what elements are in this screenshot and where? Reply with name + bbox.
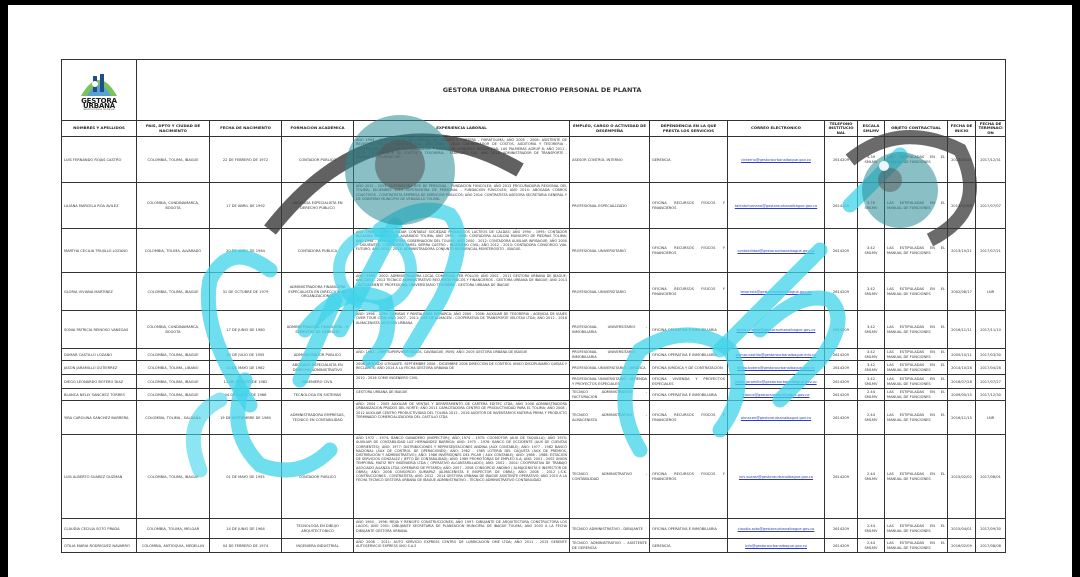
table-row: DIEGO LEONARDO BOTERO DIAZCOLOMBIA, TOLI… bbox=[62, 375, 1006, 389]
end-date-cell: 2017/07/07 bbox=[976, 183, 1006, 229]
table-row: LUIS ALBERTO SUAREZ GUZMANCOLOMBIA, TOLI… bbox=[62, 435, 1006, 519]
start-date-cell: 2014/10/28 bbox=[948, 361, 976, 375]
header-objective: OBJETO CONTRACTUAL bbox=[885, 121, 948, 137]
header-department: DEPENDENCIA EN LA QUE PRESTA LOS SERVICI… bbox=[650, 121, 728, 137]
email-cell[interactable]: talentohumano@gestoraurbanaibague.gov.co bbox=[728, 183, 825, 229]
email-cell[interactable]: blanca@gestoraurbanaibague.gov.co bbox=[728, 389, 825, 401]
person-name-cell: OTILIA MARIA RODRIGUEZ NAVARRO bbox=[62, 539, 137, 553]
contract-objective-cell: LAS ESTIPULADAS EN EL MANUAL DE FUNCIONE… bbox=[885, 229, 948, 273]
phone-cell: 2614209 bbox=[825, 361, 858, 375]
experience-cell: AÑO: 1999 - 2002: ADMINISTRADORA LOCAL C… bbox=[354, 273, 570, 311]
logo-cell: GESTORA URBANA Gestora Urbana de Ibagué bbox=[62, 60, 137, 121]
experience-cell: AÑO 1993 - 2005: AUXILIAR DE COSTOS, DE … bbox=[354, 137, 570, 183]
header-email: CORREO ELECTRONICO bbox=[728, 121, 825, 137]
salary-scale-cell: 2.44 SMLMV bbox=[858, 539, 885, 553]
scan-border-top bbox=[0, 0, 1080, 5]
person-name-cell: DIEGO LEONARDO BOTERO DIAZ bbox=[62, 375, 137, 389]
email-cell[interactable]: contabilidad@gestoraurbanaibague.gov.co bbox=[728, 229, 825, 273]
person-name-cell: JASON JARAMILLO GUTIERREZ bbox=[62, 361, 137, 375]
birthdate-cell: 04 DE MARZO DE 1966 bbox=[210, 389, 282, 401]
experience-cell: AÑO 1989 - 1994: AUXILIAR CONTABLE SOCIE… bbox=[354, 229, 570, 273]
birthplace-cell: COLOMBIA, TOLIMA, IBAGUE bbox=[137, 137, 210, 183]
birthplace-cell: COLOMBIA, TOLIMA, LIBANO bbox=[137, 361, 210, 375]
salary-scale-cell: 4.39 SMLMV bbox=[858, 137, 885, 183]
birthdate-cell: 19 DE SEPTIEMBRE DE 1980 bbox=[210, 401, 282, 435]
header-education: FORMACION ACADEMICA bbox=[282, 121, 354, 137]
position-cell: PROFESIONAL ESPECIALIZADO bbox=[570, 183, 650, 229]
end-date-cell: LNR bbox=[976, 401, 1006, 435]
person-name-cell: YIRA CAROLINA SANCHEZ BARRERA bbox=[62, 401, 137, 435]
birthdate-cell: 17 DE ABRIL DE 1992 bbox=[210, 183, 282, 229]
header-position: EMPLEO, CARGO O ACTIVIDAD DE DESEMPEÑA bbox=[570, 121, 650, 137]
start-date-cell: 2016/02/09 bbox=[948, 539, 976, 553]
position-cell: TECNICO ADMINISTRATIVO - FACTURACION bbox=[570, 389, 650, 401]
phone-cell: 2614209 bbox=[825, 183, 858, 229]
salary-scale-cell: 3.42 SMLMV bbox=[858, 361, 885, 375]
position-cell: PROFESIONAL UNIVERSITARIO - INMOBILIARIA bbox=[570, 311, 650, 349]
birthplace-cell: COLOMBIA, TOLIMA , SALDAÑA bbox=[137, 401, 210, 435]
phone-cell: 2614209 bbox=[825, 349, 858, 361]
end-date-cell: LNR bbox=[976, 273, 1006, 311]
salary-scale-cell: 2.44 SMLMV bbox=[858, 519, 885, 539]
end-date-cell: 2017/12/30 bbox=[976, 389, 1006, 401]
experience-cell: AÑO 2012 - 2013: SUPERVISORA JEFE DE PER… bbox=[354, 183, 570, 229]
salary-scale-cell: 2.44 SMLMV bbox=[858, 401, 885, 435]
document-title: GESTORA URBANA DIRECTORIO PERSONAL DE PL… bbox=[137, 60, 1006, 121]
email-cell[interactable]: diego.botero@gestoraurbanaibague.gov.co bbox=[728, 361, 825, 375]
education-cell: INGENIERA INDUSTRIAL bbox=[282, 539, 354, 553]
table-row: GLORIA VIVIANA MARTINEZCOLOMBIA, TOLIMA,… bbox=[62, 273, 1006, 311]
header-scale: ESCALA SMLMV bbox=[858, 121, 885, 137]
department-cell: OFICINA JURIDICA Y DE CONTRATACION bbox=[650, 361, 728, 375]
table-row: OTILIA MARIA RODRIGUEZ NAVARROCOLOMBIA, … bbox=[62, 539, 1006, 553]
contract-objective-cell: LAS ESTIPULADAS EN EL MANUAL DE FUNCIONE… bbox=[885, 375, 948, 389]
table-row: BLANCA NELLY SANCHEZ TORRESCOLOMBIA, TOL… bbox=[62, 389, 1006, 401]
department-cell: OFICINA OPERATIVA E INMOBILIARIA bbox=[650, 311, 728, 349]
end-date-cell: 2017/12/31 bbox=[976, 137, 1006, 183]
logo-emblem-icon bbox=[79, 68, 119, 98]
table-row: LILIANA MARCELA ROA AVILEZCOLOMBIA, CUND… bbox=[62, 183, 1006, 229]
end-date-cell: 2017/09/30 bbox=[976, 519, 1006, 539]
end-date-cell: 2017/08/01 bbox=[976, 435, 1006, 519]
person-name-cell: LUIS FERNANDO ROJAS CASTRO bbox=[62, 137, 137, 183]
person-name-cell: LILIANA MARCELA ROA AVILEZ bbox=[62, 183, 137, 229]
scan-border-right bbox=[1072, 0, 1080, 577]
education-cell: CONTADORA PUBLICA bbox=[282, 229, 354, 273]
education-cell: ABOGADO ESPECIALISTA EN DERECHO ADMINIST… bbox=[282, 361, 354, 375]
person-name-cell: MARTHA CECILIA TRUJILLO LOZANO bbox=[62, 229, 137, 273]
experience-cell: 2010 - 2016 COMO INGENIERO CIVIL bbox=[354, 375, 570, 389]
birthplace-cell: COLOMBIA, TOLIMA, IBAGUE bbox=[137, 375, 210, 389]
table-row: DUMAR CASTILLO LOZANOCOLOMBIA, TOLIMA, I… bbox=[62, 349, 1006, 361]
birthdate-cell: 31 DE OCTUBRE DE 1979 bbox=[210, 273, 282, 311]
education-cell: ABOGADA ESPECIALISTA EN DERECHO PUBLICO bbox=[282, 183, 354, 229]
department-cell: OFICINA RECURSOS FISICOS Y FINANCIEROS bbox=[650, 183, 728, 229]
phone-cell: 2614209 bbox=[825, 273, 858, 311]
email-cell[interactable]: cinterno@gestoraurbanaibague.gov.co bbox=[728, 137, 825, 183]
email-cell[interactable]: claudia.soto@gestoraurbanaibague.gov.co bbox=[728, 519, 825, 539]
start-date-cell: 2002/08/17 bbox=[948, 273, 976, 311]
experience-cell: 2008 ABOGADO LITIGANTE. SEPTIEMBRE 2006 … bbox=[354, 361, 570, 375]
end-date-cell: 2017/07/21 bbox=[976, 229, 1006, 273]
birthplace-cell: COLOMBIA, ANTIOQUIA, MEDELLIN bbox=[137, 539, 210, 553]
birthplace-cell: COLOMBIA, TOLIMA, IBAGUE bbox=[137, 273, 210, 311]
experience-cell: AÑO 1972 - 1974: BANCO GANADERO (INSPECT… bbox=[354, 435, 570, 519]
table-row: CLAUDIA CECILIA SOTO PRADACOLOMBIA, TOLI… bbox=[62, 519, 1006, 539]
experience-cell: AÑO 2008 - 2011: AUTO SERVICIO EXPRESS C… bbox=[354, 539, 570, 553]
department-cell: GERENCIA bbox=[650, 137, 728, 183]
staff-directory-table: GESTORA URBANA Gestora Urbana de Ibagué … bbox=[61, 59, 1006, 553]
department-cell: OFICINA OPERATIVA E INMOBILIARIA bbox=[650, 349, 728, 361]
email-cell[interactable]: almacen@gestoraurbanaibague.gov.co bbox=[728, 401, 825, 435]
contract-objective-cell: LAS ESTIPULADAS EN EL MANUAL DE FUNCIONE… bbox=[885, 401, 948, 435]
end-date-cell: 2017/08/08 bbox=[976, 539, 1006, 553]
table-body: LUIS FERNANDO ROJAS CASTROCOLOMBIA, TOLI… bbox=[62, 137, 1006, 553]
position-cell: TECNICO ADMINISTRATIVO - ALMACENISTA bbox=[570, 401, 650, 435]
start-date-cell: 2005/10/11 bbox=[948, 349, 976, 361]
phone-cell: 2614209 bbox=[825, 311, 858, 349]
end-date-cell: 2017/11/10 bbox=[976, 311, 1006, 349]
email-cell[interactable]: dumar.castillo@gestoraurbanaibague.edu.c… bbox=[728, 349, 825, 361]
education-cell: CONTADOR PUBLICO bbox=[282, 137, 354, 183]
department-cell: OFICINA RECURSOS FISICOS Y FINANCIEROS bbox=[650, 401, 728, 435]
title-row: GESTORA URBANA Gestora Urbana de Ibagué … bbox=[62, 60, 1006, 121]
position-cell: PROFESIONAL UNIVERSITARIO - VIVIENDA Y P… bbox=[570, 375, 650, 389]
position-cell: PROFESIONAL UNIVERSITARIO - JURIDICA bbox=[570, 361, 650, 375]
department-cell: OFICINA VIVIENDA Y PROYECTOS ESPECIALES bbox=[650, 375, 728, 389]
header-phone: TELEFONO INSTITUCIONAL bbox=[825, 121, 858, 137]
phone-cell: 2614209 bbox=[825, 229, 858, 273]
birthdate-cell: 04 DE FEBRERO DE 1974 bbox=[210, 539, 282, 553]
table-row: SONIA PATRICIA REINOSO VANEGASCOLOMBIA, … bbox=[62, 311, 1006, 349]
phone-cell: 2614209 bbox=[825, 539, 858, 553]
end-date-cell: 2017/07/27 bbox=[976, 375, 1006, 389]
contract-objective-cell: LAS ESTIPULADAS EN EL MANUAL DE FUNCIONE… bbox=[885, 183, 948, 229]
education-cell: ADMINISTRADORA EMPRESAS, TECNICO EN CONT… bbox=[282, 401, 354, 435]
header-end-date: FECHA DE TERMINACION bbox=[976, 121, 1006, 137]
department-cell: GERENCIA bbox=[650, 539, 728, 553]
department-cell: OFICINA OPERATIVA E INMOBILIARIA bbox=[650, 389, 728, 401]
header-birthplace: PAIS, DPTO Y CIUDAD DE NACIMIENTO bbox=[137, 121, 210, 137]
start-date-cell: 2013/01/08 bbox=[948, 183, 976, 229]
person-name-cell: BLANCA NELLY SANCHEZ TORRES bbox=[62, 389, 137, 401]
email-cell[interactable]: luis.suarez@gestoraurbanaibague.gov.co bbox=[728, 435, 825, 519]
salary-scale-cell: 3.78 SMLMV bbox=[858, 183, 885, 229]
position-cell: TECNICO ADMINISTRATIVO - CONTABILIDAD bbox=[570, 435, 650, 519]
start-date-cell: 2016/11/11 bbox=[948, 311, 976, 349]
education-cell: INGENIERO CIVIL bbox=[282, 375, 354, 389]
experience-cell: AÑO: 2004 - 2005 AUXILIAR DE VENTAS Y DE… bbox=[354, 401, 570, 435]
salary-scale-cell: 3.42 SMLMV bbox=[858, 229, 885, 273]
start-date-cell: 2016/07/28 bbox=[948, 375, 976, 389]
start-date-cell: 2009/05/15 bbox=[948, 389, 976, 401]
end-date-cell: 2017/04/28 bbox=[976, 361, 1006, 375]
table-row: LUIS FERNANDO ROJAS CASTROCOLOMBIA, TOLI… bbox=[62, 137, 1006, 183]
phone-cell: 2614209 bbox=[825, 137, 858, 183]
scan-border-left bbox=[0, 0, 8, 577]
person-name-cell: GLORIA VIVIANA MARTINEZ bbox=[62, 273, 137, 311]
email-cell[interactable]: sonia.reinoso@gestoraurbanaibague.gov.co bbox=[728, 311, 825, 349]
birthplace-cell: COLOMBIA, CUNDINAMARCA, BOGOTA bbox=[137, 183, 210, 229]
birthplace-cell: COLOMBIA, TOLIMA, IBAGUE bbox=[137, 435, 210, 519]
header-birthdate: FECHA DE NACIMIENTO bbox=[210, 121, 282, 137]
contract-objective-cell: LAS ESTIPULADAS EN EL MANUAL DE FUNCIONE… bbox=[885, 389, 948, 401]
position-cell: PROFESIONAL UNIVERSITARIO bbox=[570, 229, 650, 273]
education-cell: ADMINISTRADORA FINANCIERA - 9 SEMESTRE D… bbox=[282, 311, 354, 349]
salary-scale-cell: 3.42 SMLMV bbox=[858, 273, 885, 311]
email-cell[interactable]: jason.jaramillo@gestoraurbanaibague.gov.… bbox=[728, 375, 825, 389]
birthdate-cell: 14 DE JUNIO DE 1964 bbox=[210, 519, 282, 539]
start-date-cell: 2015/02/02 bbox=[948, 435, 976, 519]
salary-scale-cell: 3.42 SMLMV bbox=[858, 349, 885, 361]
contract-objective-cell: LAS ESTIPULADAS EN EL MANUAL DE FUNCIONE… bbox=[885, 311, 948, 349]
position-cell: PROFESIONAL UNIVERSITARIO bbox=[570, 273, 650, 311]
start-date-cell: 2015/04/01 bbox=[948, 519, 976, 539]
department-cell: OFICINA RECURSOS FISICOS Y FINANCIEROS bbox=[650, 435, 728, 519]
position-cell: PROFESIONAL UNIVERSITARIO - INMOBILIARIA bbox=[570, 349, 650, 361]
birthdate-cell: 17 DE JUNIO DE 1980 bbox=[210, 311, 282, 349]
email-cell[interactable]: tesoreria@gestoraurbanaibague.gov.co bbox=[728, 273, 825, 311]
education-cell: CONTADOR PUBLICO bbox=[282, 435, 354, 519]
salary-scale-cell: 3.42 SMLMV bbox=[858, 311, 885, 349]
contract-objective-cell: LAS ESTIPULADAS EN EL MANUAL DE FUNCIONE… bbox=[885, 539, 948, 553]
gestora-urbana-logo: GESTORA URBANA Gestora Urbana de Ibagué bbox=[69, 68, 129, 113]
contract-objective-cell: LAS ESTIPULADAS EN EL MANUAL DE FUNCIONE… bbox=[885, 273, 948, 311]
position-cell: TECNICO ADMINISTRATIVO - ASISTENTE DE GE… bbox=[570, 539, 650, 553]
birthplace-cell: COLOMBIA, CUNDINAMARCA, BOGOTA bbox=[137, 311, 210, 349]
birthdate-cell: 13 DE MAYO DE 1982 bbox=[210, 361, 282, 375]
birthplace-cell: COLOMBIA, TOLIMA, ALVARADO bbox=[137, 229, 210, 273]
birthdate-cell: 22 DE JULIO DE 1955 bbox=[210, 349, 282, 361]
department-cell: OFICINA RECURSOS FISICOS Y FINANCIEROS bbox=[650, 273, 728, 311]
education-cell: ADMINISTRADORA FINANCIERA ESPECIALISTA E… bbox=[282, 273, 354, 311]
phone-cell: 2614209 bbox=[825, 375, 858, 389]
birthdate-cell: 22 DE FEBRERO DE 1972 bbox=[210, 137, 282, 183]
header-experience: EXPERIENCIA LABORAL bbox=[354, 121, 570, 137]
table-row: JASON JARAMILLO GUTIERREZCOLOMBIA, TOLIM… bbox=[62, 361, 1006, 375]
email-cell[interactable]: info@gestoraurbanaibague.gov.co bbox=[728, 539, 825, 553]
person-name-cell: SONIA PATRICIA REINOSO VANEGAS bbox=[62, 311, 137, 349]
birthdate-cell: 20 DE ABRIL DE 1964 bbox=[210, 229, 282, 273]
contract-objective-cell: LAS ESTIPULADAS EN EL MANUAL DE FUNCIONE… bbox=[885, 361, 948, 375]
position-cell: TECNICO ADMINISTRATIVO - DIBUJANTE bbox=[570, 519, 650, 539]
experience-cell: GESTORA URBANA DE IBAGUE bbox=[354, 389, 570, 401]
table-row: YIRA CAROLINA SANCHEZ BARRERACOLOMBIA, T… bbox=[62, 401, 1006, 435]
experience-cell: AÑO: 1998 - 1999: CAMISAS Y PANTALONES M… bbox=[354, 311, 570, 349]
start-date-cell: 2013/02/25 bbox=[948, 137, 976, 183]
education-cell: TECNOLOGA EN DIBUJO ARQUITECTONICO bbox=[282, 519, 354, 539]
contract-objective-cell: LAS ESTIPULADAS EN EL MANUAL DE FUNCIONE… bbox=[885, 349, 948, 361]
birthplace-cell: COLOMBIA, TOLIMA, IBAGUE bbox=[137, 349, 210, 361]
contract-objective-cell: LAS ESTIPULADAS EN EL MANUAL DE FUNCIONE… bbox=[885, 435, 948, 519]
birthdate-cell: 12 DE AGOSTO DE 1982 bbox=[210, 375, 282, 389]
salary-scale-cell: 2.44 SMLMV bbox=[858, 435, 885, 519]
table-row: MARTHA CECILIA TRUJILLO LOZANOCOLOMBIA, … bbox=[62, 229, 1006, 273]
salary-scale-cell: 2.44 SMLMV bbox=[858, 389, 885, 401]
phone-cell: 2614209 bbox=[825, 435, 858, 519]
header-name: NOMBRES Y APELLIDOS bbox=[62, 121, 137, 137]
contract-objective-cell: LAS ESTIPULADAS EN EL MANUAL DE FUNCIONE… bbox=[885, 519, 948, 539]
department-cell: OFICINA RECURSOS FISICOS Y FINANCIEROS bbox=[650, 229, 728, 273]
education-cell: ADMINISTRADOR PUBLICO bbox=[282, 349, 354, 361]
salary-scale-cell: 3.42 SMLMV bbox=[858, 375, 885, 389]
phone-cell: 2614209 bbox=[825, 389, 858, 401]
person-name-cell: DUMAR CASTILLO LOZANO bbox=[62, 349, 137, 361]
document-sheet: GESTORA URBANA Gestora Urbana de Ibagué … bbox=[61, 59, 996, 553]
person-name-cell: LUIS ALBERTO SUAREZ GUZMAN bbox=[62, 435, 137, 519]
experience-cell: AÑO 1994 - 1996: MEJIA Y RENGIFO CONSTRU… bbox=[354, 519, 570, 539]
header-start-date: FECHA DE INICIO bbox=[948, 121, 976, 137]
person-name-cell: CLAUDIA CECILIA SOTO PRADA bbox=[62, 519, 137, 539]
phone-cell: 2614209 bbox=[825, 401, 858, 435]
start-date-cell: 2016/11/15 bbox=[948, 401, 976, 435]
birthdate-cell: 01 DE MAYO DE 1955 bbox=[210, 435, 282, 519]
education-cell: TECNOLOGA EN SISTEMAS bbox=[282, 389, 354, 401]
department-cell: OFICINA OPERATIVA E INMOBILIARIA bbox=[650, 519, 728, 539]
experience-cell: AÑO: 1981 - 1999 SUPERVISOR EJIDOS, CAVI… bbox=[354, 349, 570, 361]
birthplace-cell: COLOMBIA, TOLIMA, IBAGUE bbox=[137, 389, 210, 401]
start-date-cell: 2013/10/21 bbox=[948, 229, 976, 273]
contract-objective-cell: LAS ESTIPULADAS EN EL MANUAL DE FUNCIONE… bbox=[885, 137, 948, 183]
end-date-cell: 2017/03/30 bbox=[976, 349, 1006, 361]
phone-cell: 2614209 bbox=[825, 519, 858, 539]
birthplace-cell: COLOMBIA, TOLIMA, MELGAR bbox=[137, 519, 210, 539]
position-cell: ASESOR CONTROL INTERNO bbox=[570, 137, 650, 183]
logo-name: GESTORA URBANA bbox=[69, 99, 129, 108]
header-row: NOMBRES Y APELLIDOS PAIS, DPTO Y CIUDAD … bbox=[62, 121, 1006, 137]
logo-tagline: Gestora Urbana de Ibagué bbox=[69, 108, 129, 112]
